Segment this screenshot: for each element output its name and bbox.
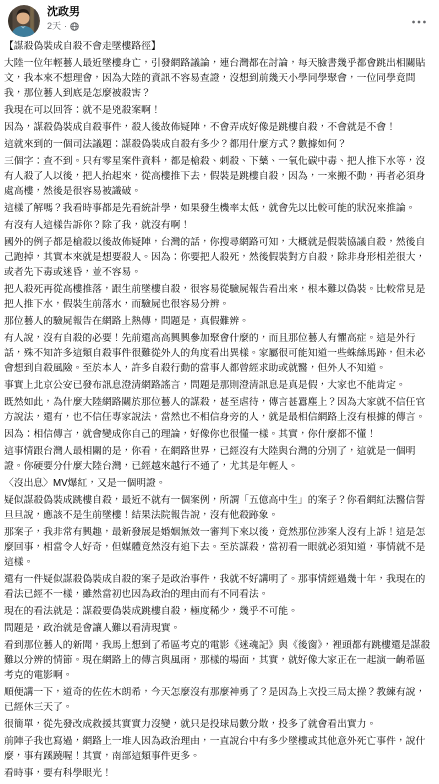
post-header-texts: 沈政男 2天 · (47, 5, 80, 31)
post-paragraph: 因為：相信傳言，就會變成你自己的理論，好像你也很懂一樣。其實，你什麼都不懂！ (4, 427, 435, 442)
post-paragraph: 有沒有人這樣告訴你？除了我，就沒有啊！ (4, 218, 435, 233)
post-paragraph: 三個字：查不到。只有零星案件資料，都是槍殺、刺殺、下藥、一氧化碳中毒、把人推下水… (4, 154, 435, 199)
post-paragraph: 把人殺死再從高樓推落，跟生前墜樓自殺，很容易從驗屍報告看出來，根本難以偽裝。比較… (4, 282, 435, 312)
post-content: 【謀殺偽裝成自殺不會走墜樓路徑】 大陸一位年輕藝人最近墜樓身亡，引發網路議論，連… (0, 38, 439, 781)
post-paragraph: 那案子，我非常有興趣，最新發展是婚姻無效一審判下來以後，竟然那位涉案人沒有上訴！… (4, 525, 435, 570)
post-paragraph: 前陣子我也寫過，網路上一堆人因為政治理由，一直說台中有多少墜樓或其他意外死亡事件… (4, 734, 435, 764)
post-title: 【謀殺偽裝成自殺不會走墜樓路徑】 (4, 39, 435, 54)
post-paragraph: 既然如此，為什麼大陸網路關於那位藝人的謀殺，甚至虐待，傳言甚囂塵上？因為大家就不… (4, 395, 435, 425)
post-paragraph: 〈沒出息〉MV爆紅，又是一個明證。 (4, 476, 435, 491)
facebook-post: 沈政男 2天 · 【謀殺偽裝成自殺不會走墜樓 (0, 0, 439, 784)
post-meta: 2天 · (47, 21, 80, 31)
post-paragraph: 這就來到的一個司法議題：謀殺偽裝成自殺有多少？都用什麼方式？數據如何？ (4, 137, 435, 152)
post-paragraph: 有人說，沒有自殺的必要！先前還高高興興參加聚會什麼的，而且那位藝人有懼高症。這是… (4, 331, 435, 376)
post-paragraph: 我現在可以回答：就不是兇殺案啊！ (4, 103, 435, 118)
post-paragraph: 國外的例子都是槍殺以後故佈疑陣，台灣的話，你搜尋網路可知，大概就是假裝協議自殺，… (4, 235, 435, 280)
post-paragraph: 事實上北京公安已發布訊息澄清網路謠言，問題是那則澄清訊息是真是假，大家也不能肯定… (4, 378, 435, 393)
post-paragraph: 還有一件疑似謀殺偽裝成自殺的案子是政治事件，我就不好講明了。那事情經過幾十年，我… (4, 572, 435, 602)
post-header: 沈政男 2天 · (0, 0, 439, 38)
post-body: 大陸一位年輕藝人最近墜樓身亡，引發網路議論，連台灣都在討論，每天臉書幾乎都會跳出… (4, 56, 435, 781)
post-paragraph: 順便講一下，道奇的佐佐木朗希，今天怎麼沒有那麼神勇了？是因為上次投三局太操？教練… (4, 685, 435, 715)
post-paragraph: 大陸一位年輕藝人最近墜樓身亡，引發網路議論，連台灣都在討論，每天臉書幾乎都會跳出… (4, 56, 435, 101)
post-paragraph: 那位藝人的驗屍報告在網路上熱傳，問題是，真假難辨。 (4, 314, 435, 329)
more-options-icon[interactable] (410, 16, 428, 28)
post-paragraph: 問題是，政治就是會讓人難以看清現實。 (4, 621, 435, 636)
author-name[interactable]: 沈政男 (47, 6, 80, 19)
meta-separator: · (64, 21, 67, 31)
post-paragraph: 這事情跟台灣人最相關的是，你看，在網路世界，已經沒有大陸與台灣的分別了，這就是一… (4, 444, 435, 474)
post-paragraph: 現在的看法就是：謀殺要偽裝成跳樓自殺，極度稀少，幾乎不可能。 (4, 604, 435, 619)
post-paragraph: 因為，謀殺偽裝成自殺事件，殺人後故佈疑陣，不會弄成好像是跳樓自殺，不會就是不會！ (4, 120, 435, 135)
post-paragraph: 疑似謀殺偽裝成跳樓自殺，最近不就有一個案例，所謂「五億高中生」的案子？你看網紅法… (4, 493, 435, 523)
avatar[interactable] (8, 5, 40, 37)
post-paragraph: 看時事，要有科學眼光！ (4, 766, 435, 781)
post-paragraph: 這樣了解嗎？我看時事都是先看統計學，如果發生機率太低，就會先以比較可能的狀況來推… (4, 201, 435, 216)
avatar-photo (8, 5, 40, 37)
post-timestamp[interactable]: 2天 (47, 21, 61, 31)
globe-icon (70, 22, 79, 31)
post-paragraph: 看到那位藝人的新聞，我馬上想到了希區考克的電影《迷魂記》與《後窗》，裡頭都有跳樓… (4, 638, 435, 683)
post-paragraph: 很簡單，從先發改成救援其實實力沒變，就只是投球局數分散，投多了就會看出實力。 (4, 717, 435, 732)
